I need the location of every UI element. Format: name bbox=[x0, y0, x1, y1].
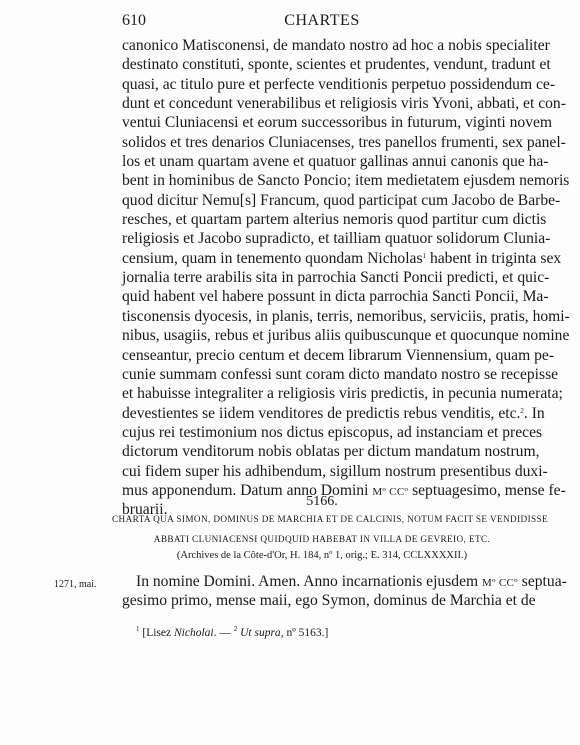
footnotes: 1 [Lisez Nicholai. — 2 Ut supra, nº 5163… bbox=[136, 627, 328, 639]
text-line: los et unam quartam avene et quatuor gal… bbox=[122, 152, 522, 171]
text-line: gesimo primo, mense maii, ego Symon, dom… bbox=[122, 591, 522, 610]
charter-summary-line-1: CHARTA QUA SIMON, DOMINUS DE MARCHIA ET … bbox=[112, 514, 532, 524]
footnote-text: , nº 5163.] bbox=[281, 627, 329, 639]
text-line: devestientes se iidem venditores de pred… bbox=[122, 404, 522, 423]
footnote-text: [Lisez bbox=[142, 627, 174, 639]
footnote-marker-2: 2 bbox=[234, 625, 238, 633]
margin-date: 1271, mai. bbox=[54, 579, 97, 590]
text-segment: In nomine Domini. Amen. Anno incarnation… bbox=[136, 573, 482, 590]
text-line: dunt et concedunt venerabilibus et relig… bbox=[122, 94, 522, 113]
footnote-text-italic: Ut supra bbox=[240, 627, 281, 639]
text-line: In nomine Domini. Amen. Anno incarnation… bbox=[122, 572, 522, 591]
page-header: 610 CHARTES bbox=[122, 12, 522, 32]
text-line: destinato constituti, sponte, scientes e… bbox=[122, 55, 522, 74]
text-line: religiosis et Jacobo supradicto, et tail… bbox=[122, 229, 522, 248]
text-line: cui fidem super his adhibendum, sigillum… bbox=[122, 462, 522, 481]
text-segment: . In bbox=[524, 405, 545, 422]
footnote-ref-1[interactable]: 1 bbox=[423, 252, 427, 260]
text-line: tisconensis dyocesis, in planis, terris,… bbox=[122, 307, 522, 326]
text-line: nibus, usagiis, rebus et juribus aliis q… bbox=[122, 326, 522, 345]
text-segment: censium, quam in tenemento quondam Nicho… bbox=[122, 250, 423, 267]
footnote-ref-2[interactable]: 2 bbox=[520, 407, 524, 415]
text-line: censeantur, precio centum et decem libra… bbox=[122, 346, 522, 365]
text-line: canonico Matisconensi, de mandato nostro… bbox=[122, 36, 522, 55]
text-line: cunie summam confessi sunt coram dicto m… bbox=[122, 365, 522, 384]
text-segment: devestientes se iidem venditores de pred… bbox=[122, 405, 520, 422]
text-line: ventui Cluniacensi et eorum successoribu… bbox=[122, 113, 522, 132]
text-segment: habent in triginta sex bbox=[426, 250, 561, 267]
text-line: cujus rei testimonium nos dictus episcop… bbox=[122, 423, 522, 442]
text-line: solidos et tres denarios Cluniacenses, t… bbox=[122, 133, 522, 152]
text-line: dictorum venditorum nobis oblatas per di… bbox=[122, 442, 522, 461]
text-segment: septua- bbox=[518, 573, 567, 590]
text-line: bent in hominibus de Sancto Poncio; item… bbox=[122, 171, 522, 190]
text-line: quid habent vel habere possunt in dicta … bbox=[122, 287, 522, 306]
charter-5165-text: canonico Matisconensi, de mandato nostro… bbox=[122, 36, 522, 520]
document-page: 610 CHARTES canonico Matisconensi, de ma… bbox=[0, 0, 580, 745]
text-line: resches, et quartam partem alterius nemo… bbox=[122, 210, 522, 229]
text-line: jornalia terre arabilis sita in parrochi… bbox=[122, 268, 522, 287]
archival-source: (Archives de la Côte-d'Or, H. 184, nº 1,… bbox=[122, 550, 522, 561]
date-roman-numeral: Mº ccº bbox=[482, 577, 518, 589]
text-line: et habuisse integraliter a religiosis vi… bbox=[122, 384, 522, 403]
text-line: censium, quam in tenemento quondam Nicho… bbox=[122, 249, 522, 268]
footnote-text: . — bbox=[214, 627, 234, 639]
text-line: quasi, ac titulo pure et perfecte vendit… bbox=[122, 75, 522, 94]
footnote-marker-1: 1 bbox=[136, 625, 140, 633]
charter-number: 5166. bbox=[122, 494, 522, 510]
charter-5166-text: In nomine Domini. Amen. Anno incarnation… bbox=[122, 572, 522, 611]
text-line: quod dicitur Nemu[s] Francum, quod parti… bbox=[122, 191, 522, 210]
running-title: CHARTES bbox=[122, 12, 522, 30]
charter-summary-line-2: ABBATI CLUNIACENSI QUIDQUID HABEBAT IN V… bbox=[112, 534, 532, 544]
footnote-text-italic: Nicholai bbox=[174, 627, 214, 639]
